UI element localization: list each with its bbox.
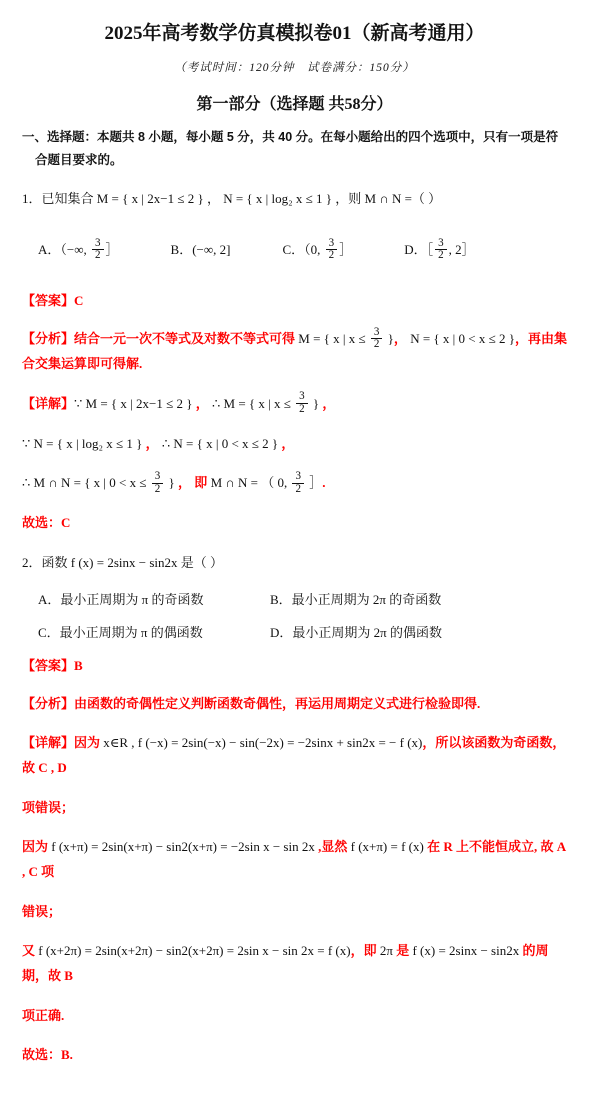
section-heading: 第一部分（选择题 共58分） xyxy=(22,91,567,114)
question-1-option-c: C．（0, 32］ xyxy=(282,238,352,263)
question-2-option-d: D．最小正周期为 2π 的偶函数 xyxy=(270,622,567,641)
fraction: 32 xyxy=(152,471,164,495)
question-2-options: A．最小正周期为 π 的奇函数 B．最小正周期为 2π 的奇函数 C．最小正周期… xyxy=(22,589,567,641)
question-2-answer: 【答案】B xyxy=(22,654,567,679)
question-1-detail-3: ∴ M ∩ N = { x | 0 < x ≤ 32 } ， 即 M ∩ N =… xyxy=(22,471,567,496)
question-1-stem: 1．已知集合 M = { x | 2x−1 ≤ 2 } ， N = { x | … xyxy=(22,187,567,212)
question-2-option-b: B．最小正周期为 2π 的奇函数 xyxy=(270,589,567,608)
question-1-conclusion: 故选：C xyxy=(22,511,567,536)
fraction: 32 xyxy=(326,238,338,262)
question-2-stem: 2．函数 f (x) = 2sinx − sin2x 是（ ） xyxy=(22,551,567,576)
question-1-option-a: A．（−∞, 32］ xyxy=(38,238,119,263)
fraction: 32 xyxy=(292,471,304,495)
question-1-detail-2: ∵ N = { x | log₂ x ≤ 1 } ， ∴ N = { x | 0… xyxy=(22,432,567,457)
question-2-detail-2: 项错误； xyxy=(22,796,567,821)
fraction: 32 xyxy=(296,391,308,415)
question-2-detail-1: 【详解】因为 x∈R , f (−x) = 2sin(−x) − sin(−2x… xyxy=(22,731,567,780)
question-2-analysis: 【分析】由函数的奇偶性定义判断函数奇偶性，再运用周期定义式进行检验即得. xyxy=(22,692,567,717)
question-2-option-a: A．最小正周期为 π 的奇函数 xyxy=(38,589,270,608)
question-1-option-b: B．(−∞, 2] xyxy=(171,238,231,263)
fraction: 32 xyxy=(92,238,104,262)
question-1-analysis: 【分析】结合一元一次不等式及对数不等式可得 M = { x | x ≤ 32 }… xyxy=(22,327,567,377)
question-2-detail-3: 因为 f (x+π) = 2sin(x+π) − sin2(x+π) = −2s… xyxy=(22,835,567,884)
question-2-detail-6: 项正确. xyxy=(22,1004,567,1029)
exam-document: 2025年高考数学仿真模拟卷01（新高考通用） （考试时间：120分钟 试卷满分… xyxy=(22,18,567,1068)
fraction: 32 xyxy=(435,238,447,262)
page-title: 2025年高考数学仿真模拟卷01（新高考通用） xyxy=(22,18,567,45)
question-1-options: A．（−∞, 32］ B．(−∞, 2] C．（0, 32］ D．［32, 2］ xyxy=(22,225,567,276)
question-1: 1．已知集合 M = { x | 2x−1 ≤ 2 } ， N = { x | … xyxy=(22,187,567,536)
question-1-detail-1: 【详解】∵ M = { x | 2x−1 ≤ 2 } ， ∴ M = { x |… xyxy=(22,392,567,417)
question-1-option-d: D．［32, 2］ xyxy=(404,238,474,263)
section-instructions: 一、选择题：本题共 8 小题，每小题 5 分，共 40 分。在每小题给出的四个选… xyxy=(22,126,567,172)
fraction: 32 xyxy=(371,327,383,351)
question-2-detail-4: 错误； xyxy=(22,900,567,925)
question-2-conclusion: 故选：B. xyxy=(22,1043,567,1068)
question-2-option-c: C．最小正周期为 π 的偶函数 xyxy=(38,622,270,641)
question-2: 2．函数 f (x) = 2sinx − sin2x 是（ ） A．最小正周期为… xyxy=(22,551,567,1068)
exam-time-score-info: （考试时间：120分钟 试卷满分：150分） xyxy=(22,59,567,75)
question-2-detail-5: 又 f (x+2π) = 2sin(x+2π) − sin2(x+2π) = 2… xyxy=(22,939,567,988)
question-1-answer: 【答案】C xyxy=(22,289,567,314)
